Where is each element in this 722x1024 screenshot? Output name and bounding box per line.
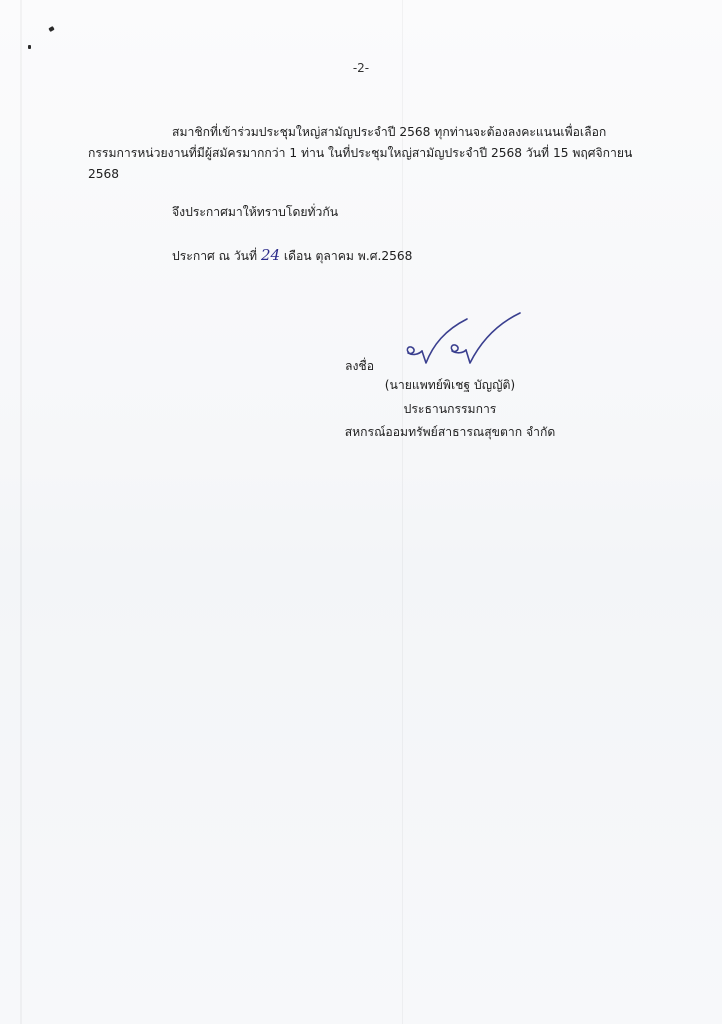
paragraph-1-line-1: สมาชิกที่เข้าร่วมประชุมใหญ่สามัญประจำปี … [172, 122, 606, 143]
sign-label: ลงชื่อ [345, 357, 374, 376]
paragraph-1-line-2: กรรมการหน่วยงานที่มีผู้สมัครมากกว่า 1 ท่… [88, 143, 632, 164]
date-suffix: เดือน ตุลาคม พ.ศ.2568 [284, 249, 412, 263]
announcement-date: ประกาศ ณ วันที่ 24 เดือน ตุลาคม พ.ศ.2568 [172, 245, 412, 267]
scanned-document-page: -2- สมาชิกที่เข้าร่วมประชุมใหญ่สามัญประจ… [0, 0, 722, 1024]
scan-edge-line [20, 0, 22, 1024]
date-prefix: ประกาศ ณ วันที่ [172, 249, 257, 263]
handwritten-day: 24 [261, 246, 280, 264]
scan-speck [48, 26, 54, 32]
signer-name: (นายแพทย์พิเชฐ บัญญัติ) [300, 376, 600, 395]
page-number: -2- [0, 61, 722, 75]
signer-organization: สหกรณ์ออมทรัพย์สาธารณสุขตาก จำกัด [300, 423, 600, 442]
paragraph-announcement: จึงประกาศมาให้ทราบโดยทั่วกัน [172, 202, 338, 223]
signer-position: ประธานกรรมการ [300, 400, 600, 419]
scan-speck [28, 45, 31, 49]
handwritten-signature [395, 305, 530, 370]
paragraph-1-line-3: 2568 [88, 164, 119, 185]
